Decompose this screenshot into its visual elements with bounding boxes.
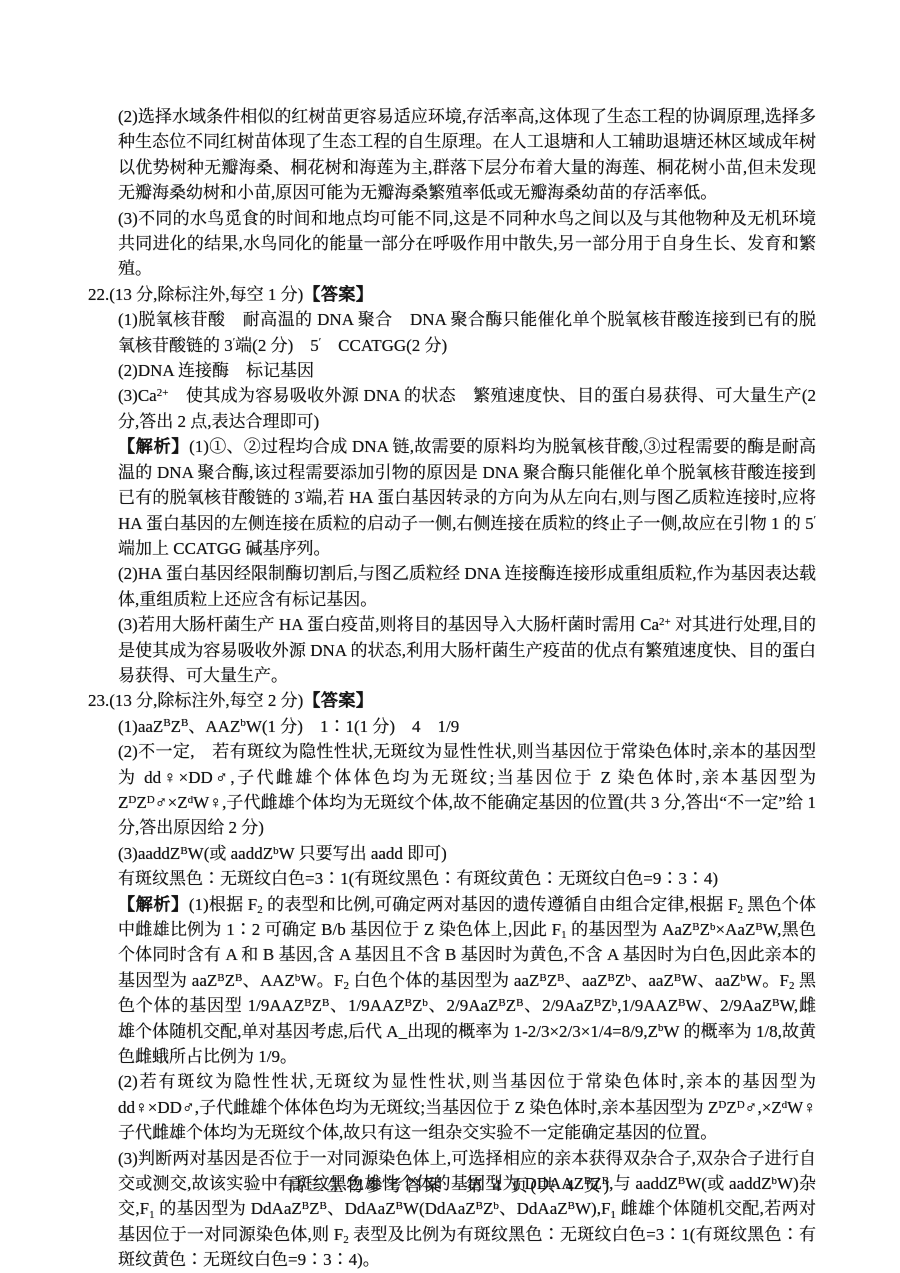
paragraph: 【解析】(1)①、②过程均合成 DNA 链,故需要的原料均为脱氧核苷酸,③过程需… xyxy=(88,434,816,561)
answer-key-page: (2)选择水域条件相似的红树苗更容易适应环境,存活率高,这体现了生态工程的协调原… xyxy=(0,0,900,1273)
paragraph: (1)aaZBZB、AAZbW(1 分) 1∶1(1 分) 4 1/9 xyxy=(88,714,816,739)
paragraph: 有斑纹黑色∶无斑纹白色=3∶1(有斑纹黑色∶有斑纹黄色∶无斑纹白色=9∶3∶4) xyxy=(88,866,816,891)
paragraph: (2)选择水域条件相似的红树苗更容易适应环境,存活率高,这体现了生态工程的协调原… xyxy=(88,104,816,206)
item-header: 23.(13 分,除标注外,每空 2 分)【答案】 xyxy=(88,688,816,713)
paragraph: (3)不同的水鸟觅食的时间和地点均可能不同,这是不同种水鸟之间以及与其他物种及无… xyxy=(88,206,816,282)
item-header: 22.(13 分,除标注外,每空 1 分)【答案】 xyxy=(88,282,816,307)
page-footer: 高三生物参考答案第 4 页(共 4 页) xyxy=(0,1172,900,1196)
paragraph: (2)HA 蛋白基因经限制酶切割后,与图乙质粒经 DNA 连接酶连接形成重组质粒… xyxy=(88,561,816,612)
paragraph: (2)不一定, 若有斑纹为隐性性状,无斑纹为显性性状,则当基因位于常染色体时,亲… xyxy=(88,739,816,841)
paragraph: (2)若有斑纹为隐性性状,无斑纹为显性性状,则当基因位于常染色体时,亲本的基因型… xyxy=(88,1069,816,1145)
paragraph: (3)若用大肠杆菌生产 HA 蛋白疫苗,则将目的基因导入大肠杆菌时需用 Ca2+… xyxy=(88,612,816,688)
paragraph: (1)脱氧核苷酸 耐高温的 DNA 聚合 DNA 聚合酶只能催化单个脱氧核苷酸连… xyxy=(88,307,816,358)
footer-page-indicator: 第 4 页(共 4 页) xyxy=(466,1176,612,1195)
paragraph: (3)判断两对基因是否位于一对同源染色体上,可选择相应的亲本获得双杂合子,双杂合… xyxy=(88,1146,816,1273)
paragraph: (3)Ca2+ 使其成为容易吸收外源 DNA 的状态 繁殖速度快、目的蛋白易获得… xyxy=(88,383,816,434)
paragraph: (2)DNA 连接酶 标记基因 xyxy=(88,358,816,383)
footer-doc-title: 高三生物参考答案 xyxy=(288,1176,444,1195)
paragraph: 【解析】(1)根据 F2 的表型和比例,可确定两对基因的遗传遵循自由组合定律,根… xyxy=(88,892,816,1070)
content-area: (2)选择水域条件相似的红树苗更容易适应环境,存活率高,这体现了生态工程的协调原… xyxy=(88,104,816,1273)
paragraph: (3)aaddZBW(或 aaddZbW 只要写出 aadd 即可) xyxy=(88,841,816,866)
